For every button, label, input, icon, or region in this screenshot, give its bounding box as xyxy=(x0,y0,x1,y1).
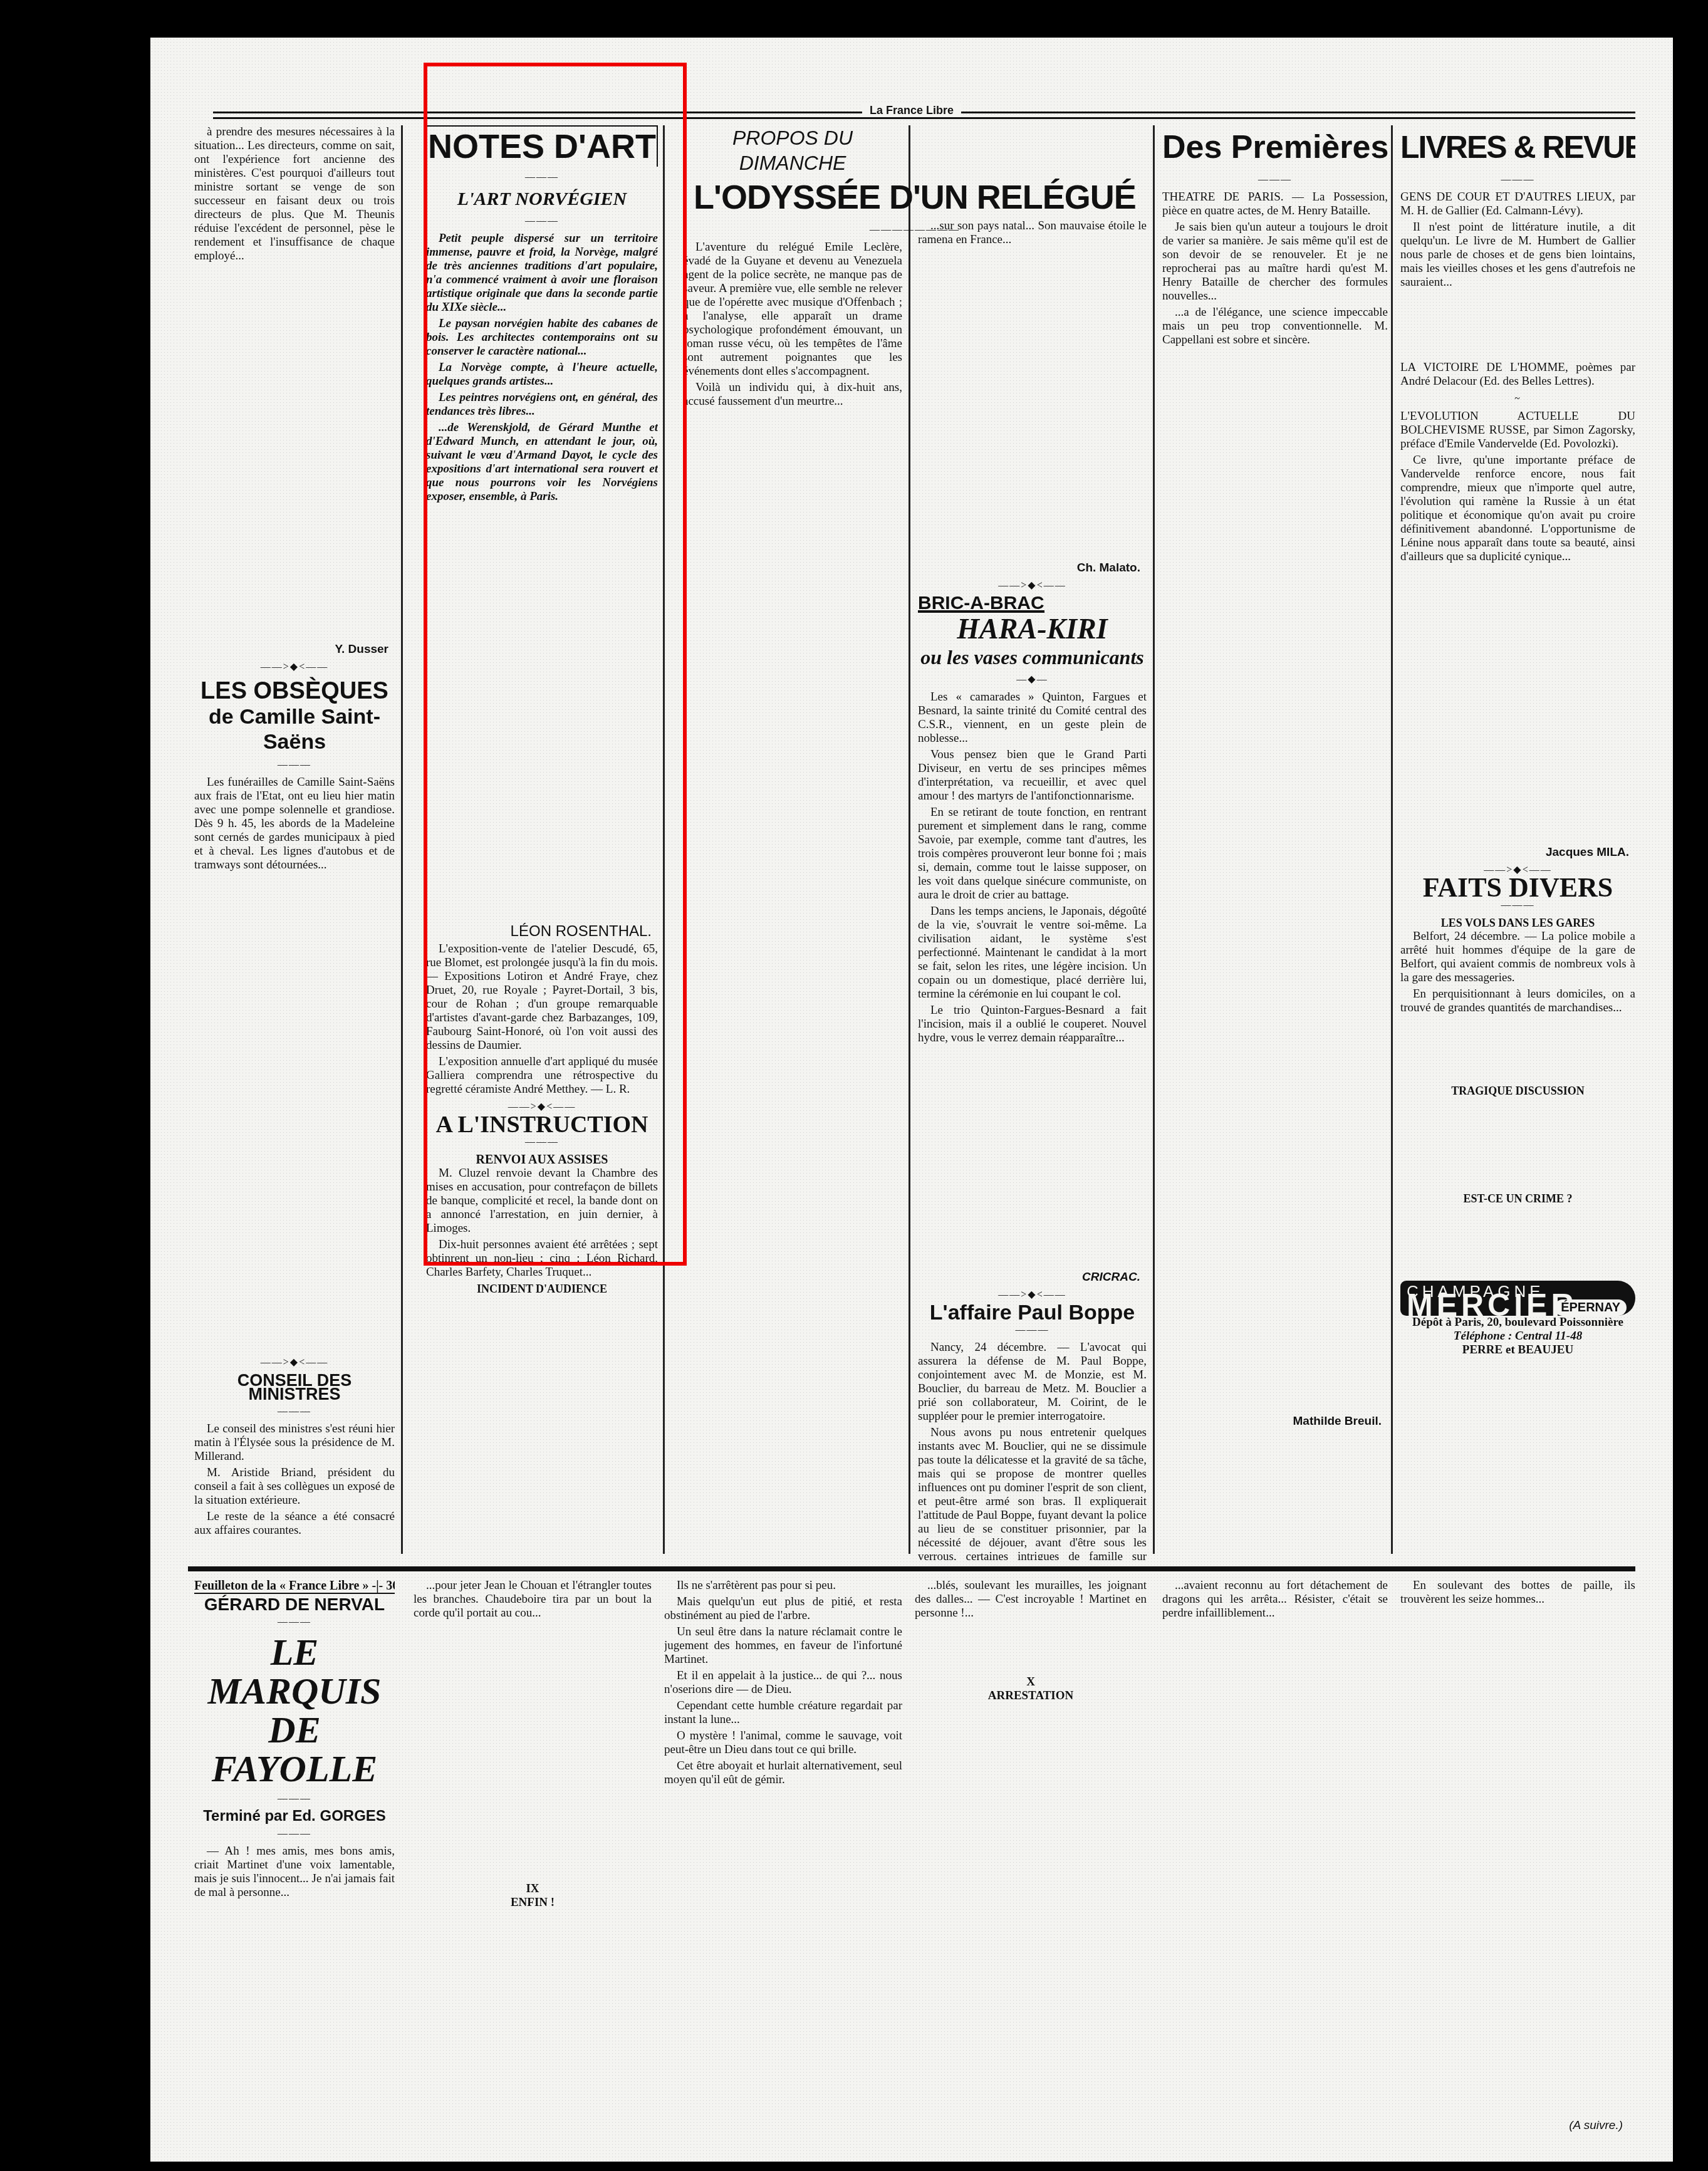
notes-paragraph: Petit peuple dispersé sur un territoire … xyxy=(426,232,658,315)
column-5: Des Premières ——— THEATRE DE PARIS. — La… xyxy=(1162,125,1388,1560)
feuilleton-title-line1: LE MARQUIS xyxy=(194,1633,395,1710)
column-divider xyxy=(663,125,665,1554)
signature: Jacques MILA. xyxy=(1407,846,1629,860)
faits-paragraph: Belfort, 24 décembre. — La police mobile… xyxy=(1400,930,1635,985)
column-divider xyxy=(401,125,403,1554)
harakiri-headline: HARA-KIRI xyxy=(918,613,1147,645)
book-heading: GENS DE COUR ET D'AUTRES LIEUX, par M. H… xyxy=(1400,190,1635,218)
incident-subheadline: INCIDENT D'AUDIENCE xyxy=(426,1282,658,1296)
signature: CRICRAC. xyxy=(924,1271,1140,1284)
instruction-paragraph: M. Cluzel renvoie devant la Chambre des … xyxy=(426,1167,658,1236)
feuilleton-column-1: Feuilleton de la « France Libre » -|- 36… xyxy=(194,1579,395,2143)
book-review: Ce livre, qu'une importante préface de V… xyxy=(1400,454,1635,842)
harakiri-paragraph: Les « camarades » Quinton, Fargues et Be… xyxy=(918,690,1147,746)
newspaper-page: La France Libre à prendre des mesures né… xyxy=(150,38,1673,2162)
feuilleton-text: Et il en appelait à la justice... de qui… xyxy=(664,1669,902,1697)
ad-phone: Téléphone : Central 11-48 xyxy=(1400,1330,1635,1343)
feuilleton-text: Cependant cette humble créature regardai… xyxy=(664,1699,902,1727)
obseques-text: Les funérailles de Camille Saint-Saëns a… xyxy=(194,776,395,1352)
feuilleton-column-4: ...blés, soulevant les murailles, les jo… xyxy=(915,1579,1147,2143)
chapter-title: ARRESTATION xyxy=(915,1689,1147,1703)
feuilleton-column-5: ...avaient reconnu au fort détachement d… xyxy=(1162,1579,1388,2143)
column-1: à prendre des mesures nécessaires à la s… xyxy=(194,125,395,1560)
book-heading: L'EVOLUTION ACTUELLE DU BOLCHEVISME RUSS… xyxy=(1400,410,1635,451)
column-divider xyxy=(909,125,910,1554)
faits-subheadline: LES VOLS DANS LES GARES xyxy=(1400,916,1635,930)
ornament-divider: ——>◆<—— xyxy=(194,660,395,674)
notes-subheadline: L'ART NORVÉGIEN xyxy=(426,188,658,211)
notes-paragraph: ...de Werenskjold, de Gérard Munthe et d… xyxy=(426,421,658,504)
ornament-divider: ——>◆<—— xyxy=(918,579,1147,593)
faits-divers-headline: FAITS DIVERS xyxy=(1400,881,1635,895)
article-text: à prendre des mesures nécessaires à la s… xyxy=(194,125,395,639)
divider: ~ xyxy=(1400,392,1635,406)
feuilleton-title-line2: DE FAYOLLE xyxy=(194,1710,395,1788)
notes-signature: LÉON ROSENTHAL. xyxy=(432,925,652,939)
feuilleton-text: Un seul être dans la nature réclamait co… xyxy=(664,1625,902,1667)
conseil-paragraph: Le reste de la séance a été consacré aux… xyxy=(194,1510,395,1538)
ornament-divider: ——>◆<—— xyxy=(918,1288,1147,1302)
feuilleton-text: Cet être aboyait et hurlait alternativem… xyxy=(664,1759,902,1787)
ad-agents: PERRE et BEAUJEU xyxy=(1400,1343,1635,1357)
feuilleton-text: O mystère ! l'animal, comme le sauvage, … xyxy=(664,1729,902,1757)
column-4: ...sur son pays natal... Son mauvaise ét… xyxy=(918,219,1147,1560)
premieres-paragraph: ...a de l'élégance, une science impeccab… xyxy=(1162,306,1388,347)
divider: ——— xyxy=(918,1323,1147,1337)
feuilleton-column-2: ...pour jeter Jean le Chouan et l'étrang… xyxy=(414,1579,652,2143)
divider: ——— xyxy=(194,1405,395,1419)
premieres-headline: Des Premières xyxy=(1162,125,1388,169)
instruction-subheadline: RENVOI AUX ASSISES xyxy=(426,1153,658,1167)
feuilleton-column-3: Ils ne s'arrêtèrent pas pour si peu. Mai… xyxy=(664,1579,902,2143)
feuilleton-author: GÉRARD DE NERVAL xyxy=(194,1598,395,1611)
feuilleton-rule xyxy=(188,1566,1635,1571)
boppe-paragraph: Nous avons pu nous entretenir quelques i… xyxy=(918,1426,1147,1560)
notes-extra: L'exposition-vente de l'atelier Descudé,… xyxy=(426,942,658,1053)
premieres-subhead: THEATRE DE PARIS. — La Possession, pièce… xyxy=(1162,190,1388,218)
odyssee-paragraph: Voilà un individu qui, à dix-huit ans, a… xyxy=(683,381,902,409)
boppe-headline: L'affaire Paul Boppe xyxy=(918,1306,1147,1320)
column-divider xyxy=(1391,125,1393,1554)
divider: ——— xyxy=(194,758,395,772)
masthead: La France Libre xyxy=(862,104,961,117)
harakiri-subheadline: ou les vases communicants xyxy=(918,645,1147,669)
harakiri-paragraph: En se retirant de toute fonction, en ren… xyxy=(918,806,1147,902)
faits-paragraph: En perquisitionnant à leurs domiciles, o… xyxy=(1400,987,1635,1081)
divider: ——— xyxy=(194,1792,395,1806)
feuilleton-text: Mais quelqu'un eut plus de pitié, et res… xyxy=(664,1595,902,1623)
obseques-headline: LES OBSÈQUES xyxy=(194,678,395,704)
column-2: NOTES D'ART ——— L'ART NORVÉGIEN ——— Peti… xyxy=(426,125,658,1560)
faits-subheadline: EST-CE UN CRIME ? xyxy=(1400,1192,1635,1205)
odyssee-continued: ...sur son pays natal... Son mauvaise ét… xyxy=(918,219,1147,558)
notes-extra: L'exposition annuelle d'art appliqué du … xyxy=(426,1055,658,1096)
notes-paragraph: Le paysan norvégien habite des cabanes d… xyxy=(426,317,658,358)
feuilleton-text: ...avaient reconnu au fort détachement d… xyxy=(1162,1579,1388,1620)
column-divider xyxy=(1153,125,1155,1554)
divider: —◆— xyxy=(918,673,1147,687)
odyssee-headline: L'ODYSSÉE D'UN RELÉGUÉ xyxy=(683,175,1147,219)
livres-revues-headline: LIVRES & REVUES xyxy=(1400,125,1635,169)
ornament-divider: ——>◆<—— xyxy=(194,1356,395,1370)
divider: ——— xyxy=(426,170,658,184)
boppe-paragraph: Nancy, 24 décembre. — L'avocat qui assur… xyxy=(918,1341,1147,1424)
divider: ——— xyxy=(1162,173,1388,187)
feuilleton-credit: Terminé par Ed. GORGES xyxy=(194,1809,395,1823)
obseques-subheadline: de Camille Saint-Saëns xyxy=(194,704,395,754)
bric-a-brac-label: BRIC-A-BRAC xyxy=(918,596,1044,613)
feuilleton-column-6: En soulevant des bottes de paille, ils t… xyxy=(1400,1579,1635,2143)
column-6: LIVRES & REVUES ——— GENS DE COUR ET D'AU… xyxy=(1400,125,1635,1560)
harakiri-paragraph: Dans les temps anciens, le Japonais, dég… xyxy=(918,905,1147,1001)
feuilleton-text: Ils ne s'arrêtèrent pas pour si peu. xyxy=(664,1579,902,1593)
notes-paragraph: La Norvège compte, à l'heure actuelle, q… xyxy=(426,361,658,388)
harakiri-paragraph: Vous pensez bien que le Grand Parti Divi… xyxy=(918,748,1147,803)
divider: ——— xyxy=(426,214,658,228)
divider: ——— xyxy=(194,1827,395,1841)
premieres-paragraph: Je sais bien qu'un auteur a toujours le … xyxy=(1162,221,1388,303)
signature: Ch. Malato. xyxy=(924,561,1140,575)
feuilleton-text: ...blés, soulevant les murailles, les jo… xyxy=(915,1579,1147,1673)
book-heading: LA VICTOIRE DE L'HOMME, poèmes par André… xyxy=(1400,361,1635,388)
feuilleton-header: Feuilleton de la « France Libre » -|- 36… xyxy=(194,1579,395,1594)
to-be-continued: (A suivre.) xyxy=(1569,2119,1623,2133)
harakiri-paragraph: Le trio Quinton-Fargues-Besnard a fait l… xyxy=(918,1004,1147,1045)
conseil-headline: CONSEIL DES MINISTRES xyxy=(194,1373,395,1401)
instruction-paragraph: Dix-huit personnes avaient été arrêtées … xyxy=(426,1238,658,1279)
chapter-title: ENFIN ! xyxy=(414,1896,652,1910)
book-review: Il n'est point de littérature inutile, a… xyxy=(1400,221,1635,358)
instruction-headline: A L'INSTRUCTION xyxy=(426,1118,658,1132)
divider: ——— xyxy=(1400,173,1635,187)
conseil-paragraph: Le conseil des ministres s'est réuni hie… xyxy=(194,1422,395,1464)
faits-subheadline: TRAGIQUE DISCUSSION xyxy=(1400,1084,1635,1098)
champagne-mercier-ad: CHAMPAGNE MERCIER ÉPERNAY xyxy=(1400,1281,1635,1316)
chapter-number: X xyxy=(915,1675,1147,1689)
propos-kicker: PROPOS DU DIMANCHE xyxy=(683,125,902,175)
odyssee-paragraph: L'aventure du relégué Emile Leclère, éva… xyxy=(683,241,902,378)
feuilleton-text: — Ah ! mes amis, mes bons amis, criait M… xyxy=(194,1845,395,1900)
ad-badge: ÉPERNAY xyxy=(1554,1299,1627,1316)
notes-dart-headline: NOTES D'ART xyxy=(426,125,658,167)
notes-paragraph: Les peintres norvégiens ont, en général,… xyxy=(426,391,658,419)
feuilleton-text: ...pour jeter Jean le Chouan et l'étrang… xyxy=(414,1579,652,1880)
signature: Y. Dusser xyxy=(200,643,388,657)
signature: Mathilde Breuil. xyxy=(1169,1415,1382,1429)
chapter-number: IX xyxy=(414,1882,652,1896)
conseil-paragraph: M. Aristide Briand, président du conseil… xyxy=(194,1466,395,1507)
column-3: PROPOS DU DIMANCHE L'ODYSSÉE D'UN RELÉGU… xyxy=(683,125,902,1560)
divider: ——— xyxy=(194,1615,395,1629)
feuilleton-text: En soulevant des bottes de paille, ils t… xyxy=(1400,1579,1635,1606)
